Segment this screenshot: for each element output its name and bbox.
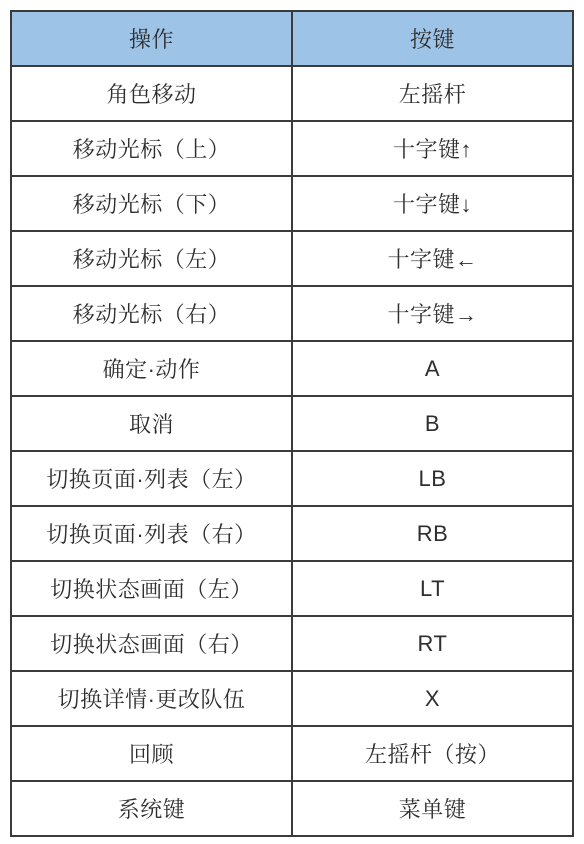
key-cell: X [292,671,573,726]
table-row: 回顾 左摇杆（按） [11,726,573,781]
controls-table: 操作 按键 角色移动 左摇杆 移动光标（上） 十字键↑ 移动光标（下） 十字键↓… [10,10,574,837]
key-cell: LT [292,561,573,616]
operation-cell: 切换页面·列表（左） [11,451,292,506]
operation-cell: 角色移动 [11,66,292,121]
operation-cell: 切换详情·更改队伍 [11,671,292,726]
table-row: 移动光标（右） 十字键→ [11,286,573,341]
key-cell: 十字键→ [292,286,573,341]
header-cell-key: 按键 [292,11,573,66]
key-cell: A [292,341,573,396]
table-header: 操作 按键 [11,11,573,66]
key-cell: 十字键↑ [292,121,573,176]
table-row: 切换详情·更改队伍 X [11,671,573,726]
table-row: 移动光标（下） 十字键↓ [11,176,573,231]
operation-cell: 取消 [11,396,292,451]
key-cell: 十字键↓ [292,176,573,231]
table-row: 切换页面·列表（右） RB [11,506,573,561]
operation-cell: 移动光标（左） [11,231,292,286]
table-row: 切换状态画面（右） RT [11,616,573,671]
key-cell: B [292,396,573,451]
operation-cell: 移动光标（上） [11,121,292,176]
table-row: 系统键 菜单键 [11,781,573,836]
operation-cell: 确定·动作 [11,341,292,396]
key-cell: 左摇杆（按） [292,726,573,781]
key-cell: RB [292,506,573,561]
operation-cell: 系统键 [11,781,292,836]
table-row: 角色移动 左摇杆 [11,66,573,121]
controls-table-container: 操作 按键 角色移动 左摇杆 移动光标（上） 十字键↑ 移动光标（下） 十字键↓… [10,10,574,837]
operation-cell: 切换状态画面（左） [11,561,292,616]
operation-cell: 切换页面·列表（右） [11,506,292,561]
header-row: 操作 按键 [11,11,573,66]
table-row: 切换页面·列表（左） LB [11,451,573,506]
operation-cell: 切换状态画面（右） [11,616,292,671]
key-cell: 十字键← [292,231,573,286]
key-cell: 左摇杆 [292,66,573,121]
key-cell: RT [292,616,573,671]
operation-cell: 移动光标（下） [11,176,292,231]
operation-cell: 移动光标（右） [11,286,292,341]
key-cell: 菜单键 [292,781,573,836]
operation-cell: 回顾 [11,726,292,781]
table-row: 移动光标（上） 十字键↑ [11,121,573,176]
table-row: 取消 B [11,396,573,451]
table-row: 移动光标（左） 十字键← [11,231,573,286]
table-body: 角色移动 左摇杆 移动光标（上） 十字键↑ 移动光标（下） 十字键↓ 移动光标（… [11,66,573,836]
key-cell: LB [292,451,573,506]
table-row: 切换状态画面（左） LT [11,561,573,616]
header-cell-operation: 操作 [11,11,292,66]
table-row: 确定·动作 A [11,341,573,396]
